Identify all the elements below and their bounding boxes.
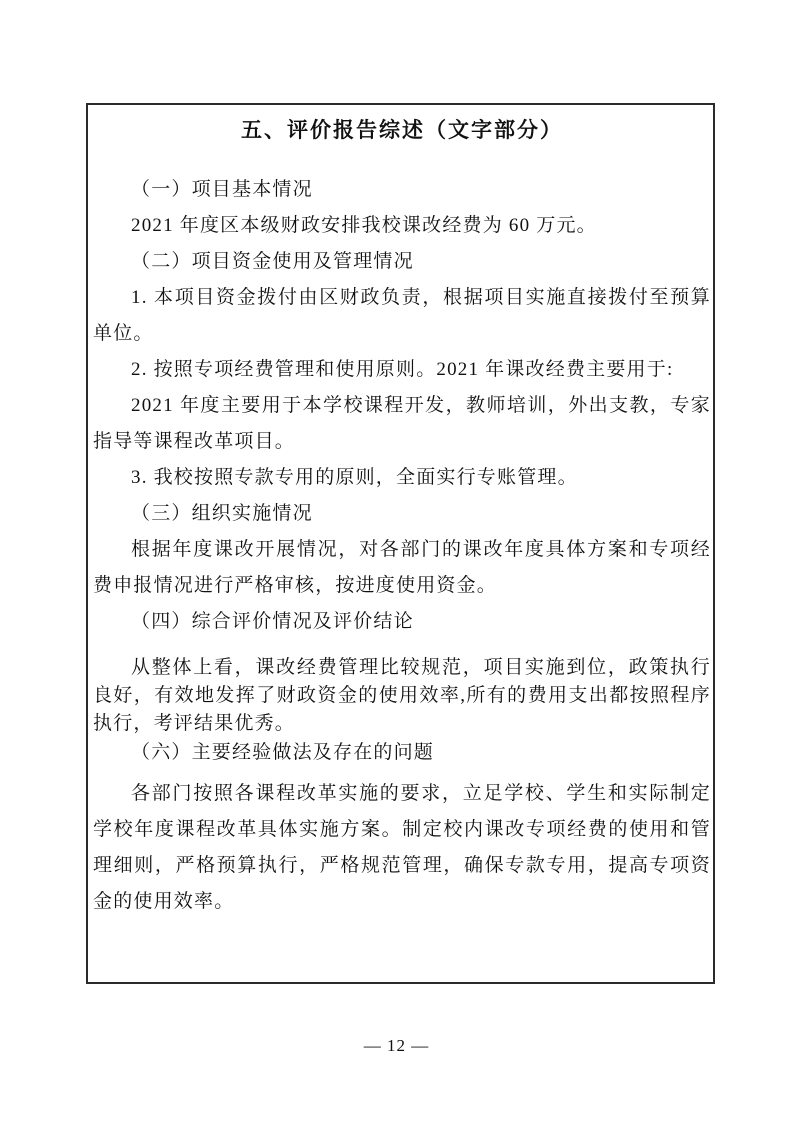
paragraph: 3. 我校按照专款专用的原则，全面实行专账管理。 bbox=[93, 460, 711, 496]
section-heading-2: （二）项目资金使用及管理情况 bbox=[93, 244, 711, 280]
page-number: — 12 — bbox=[0, 1036, 793, 1056]
paragraph: 根据年度课改开展情况，对各部门的课改年度具体方案和专项经费申报情况进行严格审核，… bbox=[93, 532, 711, 604]
paragraph: 从整体上看，课改经费管理比较规范，项目实施到位，政策执行良好，有效地发挥了财政资… bbox=[93, 654, 711, 738]
section-heading-1: （一）项目基本情况 bbox=[93, 172, 711, 208]
section-heading-3: （三）组织实施情况 bbox=[93, 496, 711, 532]
paragraph: 2021 年度区本级财政安排我校课改经费为 60 万元。 bbox=[93, 208, 711, 244]
paragraph: 2021 年度主要用于本学校课程开发，教师培训，外出支教，专家指导等课程改革项目… bbox=[93, 388, 711, 460]
document-page: 五、评价报告综述（文字部分） （一）项目基本情况 2021 年度区本级财政安排我… bbox=[0, 0, 793, 1122]
report-content-box: 五、评价报告综述（文字部分） （一）项目基本情况 2021 年度区本级财政安排我… bbox=[86, 103, 715, 984]
section-heading-4: （四）综合评价情况及评价结论 bbox=[93, 604, 711, 640]
paragraph: 1. 本项目资金拨付由区财政负责，根据项目实施直接拨付至预算单位。 bbox=[93, 280, 711, 352]
paragraph: 2. 按照专项经费管理和使用原则。2021 年课改经费主要用于: bbox=[93, 352, 711, 388]
section-heading-6: （六）主要经验做法及存在的问题 bbox=[93, 738, 711, 768]
report-title: 五、评价报告综述（文字部分） bbox=[93, 115, 711, 145]
paragraph: 各部门按照各课程改革实施的要求，立足学校、学生和实际制定学校年度课程改革具体实施… bbox=[93, 776, 711, 920]
